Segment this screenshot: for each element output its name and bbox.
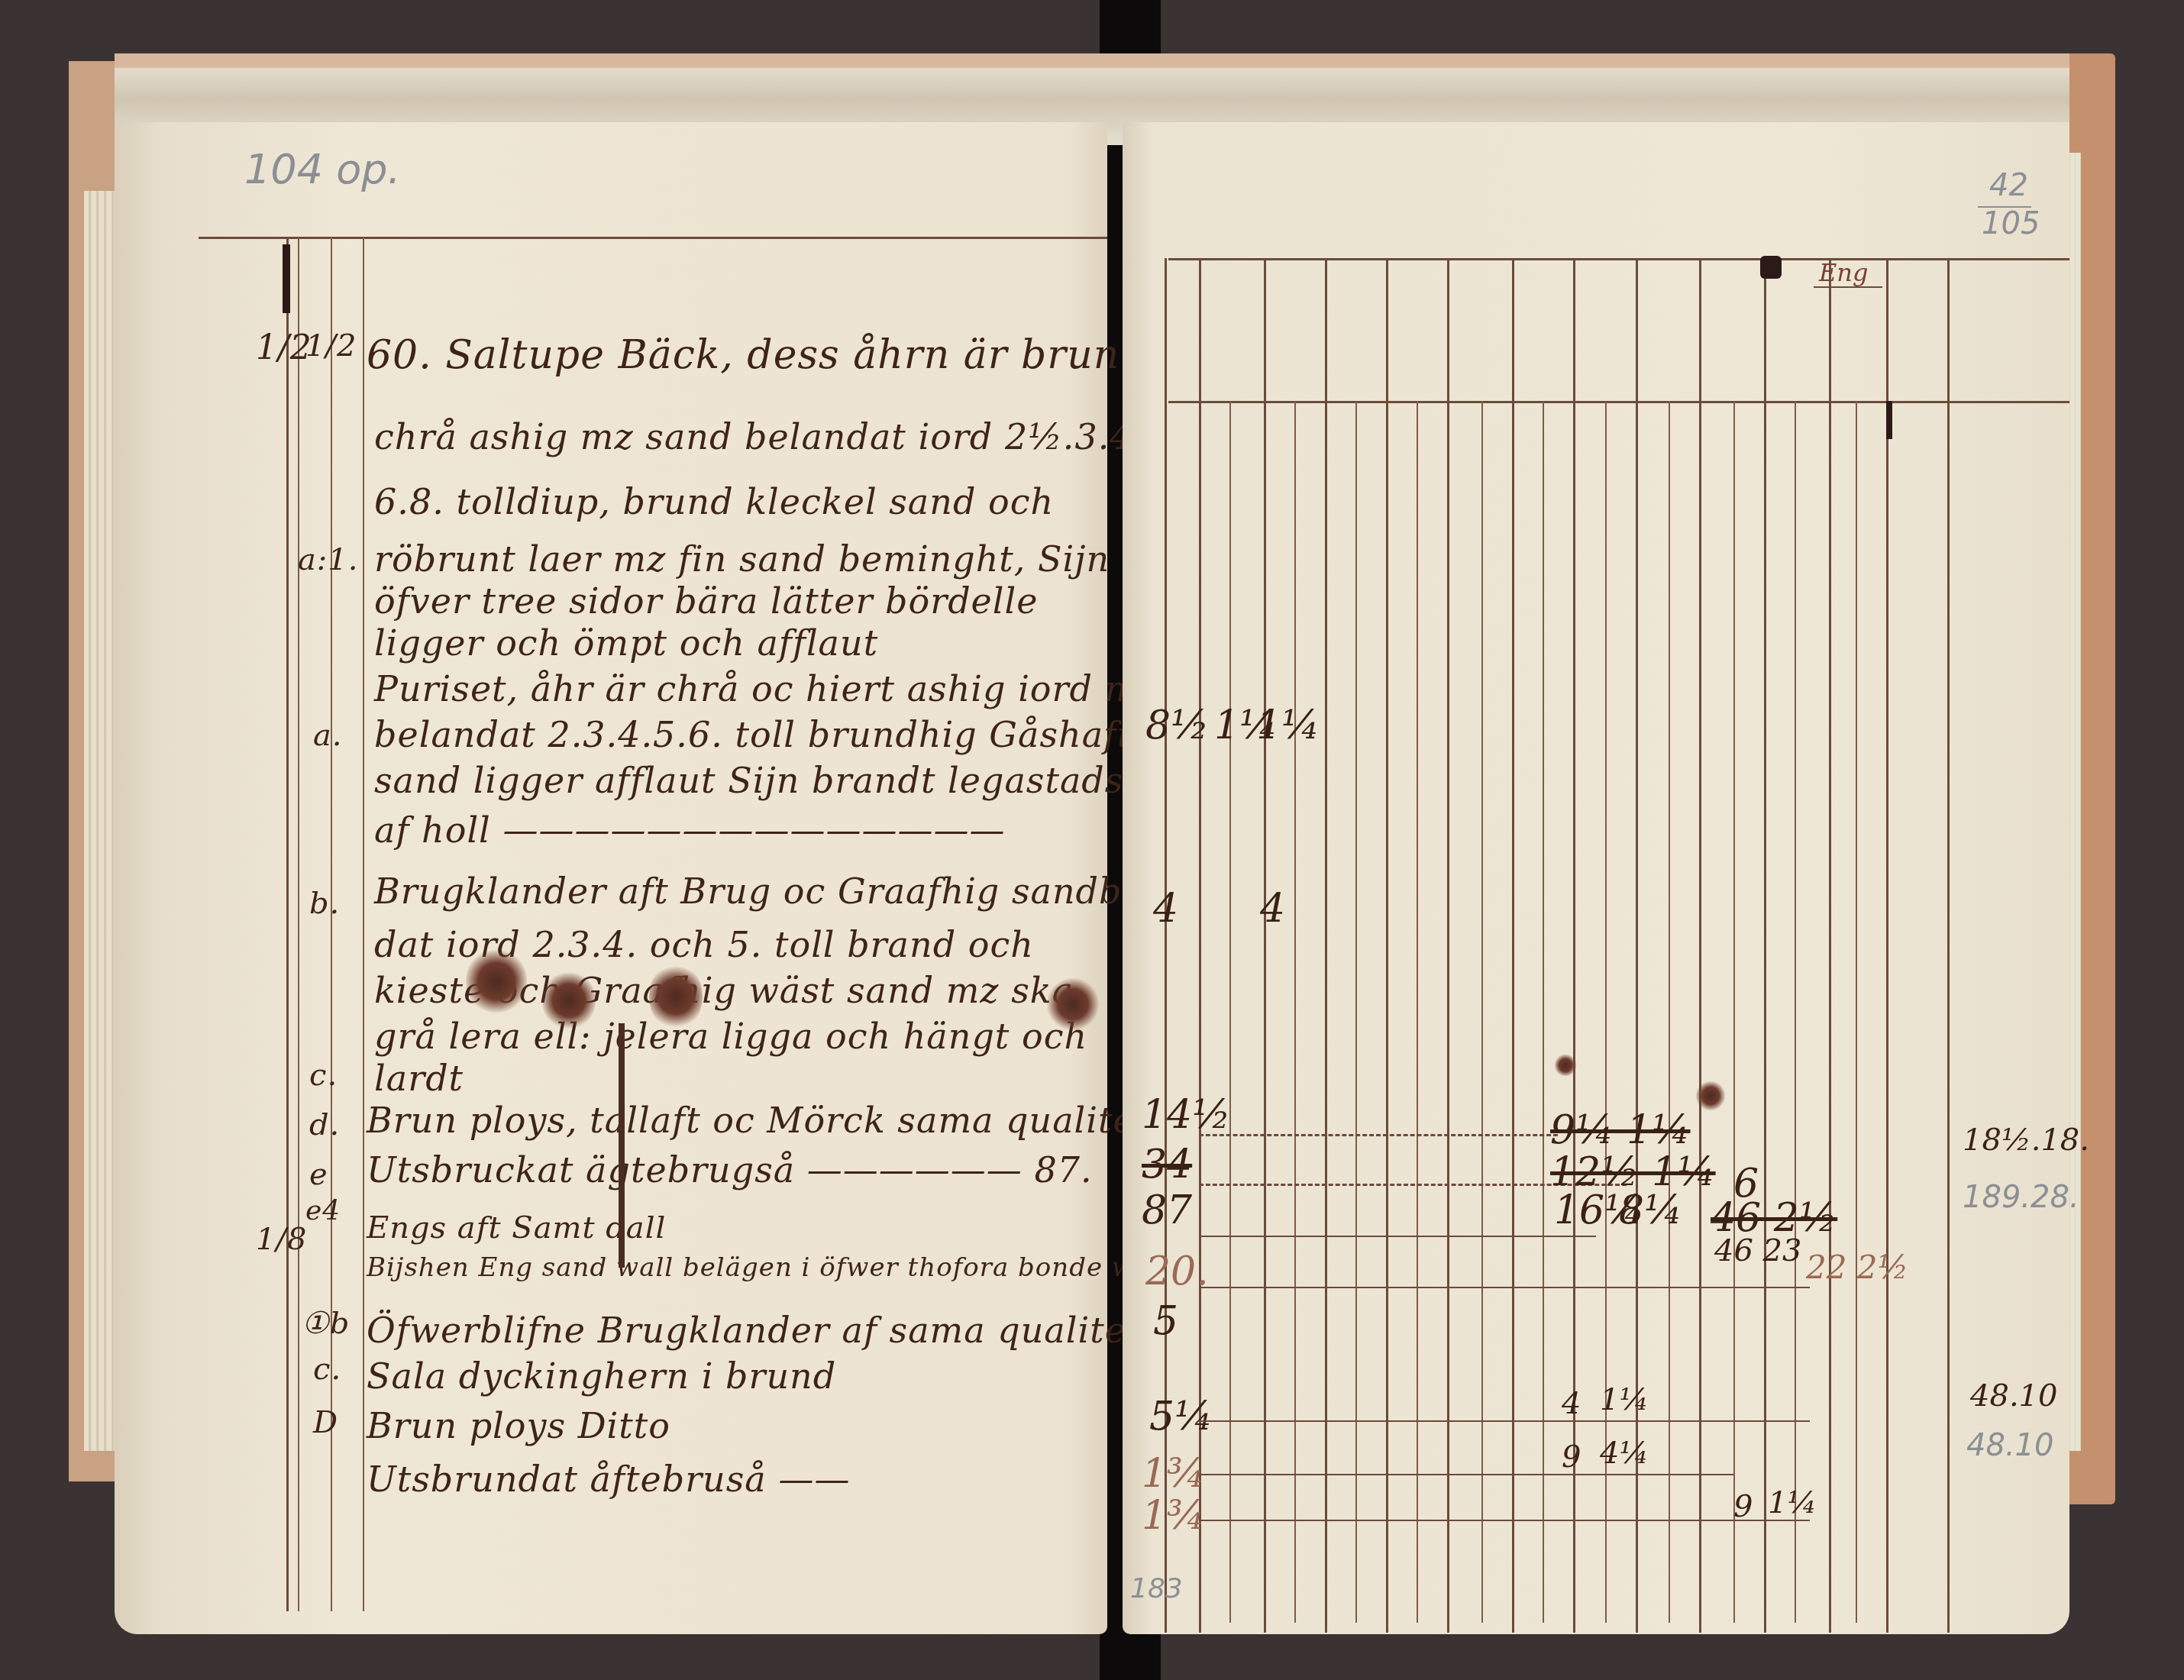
value-cell: 14½ xyxy=(1142,1092,1231,1138)
column-header-eng: Eng xyxy=(1819,258,1868,287)
total-value: 18½.18. xyxy=(1963,1123,2089,1158)
row-rule xyxy=(1199,1236,1596,1237)
ink-blot xyxy=(1046,977,1100,1031)
column-rule xyxy=(1447,258,1449,1633)
header-rule-top xyxy=(1168,258,2069,260)
margin-letter: a. xyxy=(313,718,343,753)
value-cell: 8½ xyxy=(1145,703,1209,748)
entry-line: ligger och ömpt och afflaut xyxy=(374,622,878,664)
value-cell: 46 23 xyxy=(1714,1233,1802,1268)
value-cell: 5 xyxy=(1153,1298,1178,1344)
value-cell: 4 xyxy=(1153,886,1178,932)
value-cell: 8¼ xyxy=(1619,1187,1682,1233)
value-cell: 1¼ xyxy=(1600,1382,1649,1417)
sub-column-rule xyxy=(1669,401,1670,1623)
faded-value: 22 2½ xyxy=(1806,1249,1908,1286)
column-rule xyxy=(1764,258,1766,1633)
margin-rule-1 xyxy=(286,237,289,1611)
ink-mark xyxy=(1886,401,1892,439)
column-rule xyxy=(1512,258,1514,1633)
entry-line: grå lera ell: jelera ligga och hängt och xyxy=(374,1016,1087,1057)
ink-blot xyxy=(1554,1054,1577,1077)
sub-column-rule xyxy=(1543,401,1544,1623)
entry-line: Sala dyckinghern i brund xyxy=(367,1355,836,1397)
ink-blot xyxy=(649,962,703,1031)
ink-blot xyxy=(542,970,596,1031)
column-rule xyxy=(1829,258,1831,1633)
entry-line: chrå ashig mz sand belandat iord 2½.3.4.… xyxy=(374,416,1223,457)
pencil-note: 183 xyxy=(1130,1573,1183,1604)
entry-line: 6.8. tolldiup, brund kleckel sand och xyxy=(374,481,1054,522)
value-cell: 1¾ xyxy=(1142,1493,1205,1539)
margin-rule-4 xyxy=(363,237,364,1611)
pencil-total: 48.10 xyxy=(1966,1428,2054,1463)
value-cell-struck: 34 xyxy=(1142,1142,1192,1187)
sub-column-rule xyxy=(1856,401,1857,1623)
sub-column-rule xyxy=(1294,401,1296,1623)
dashed-carry-line xyxy=(1199,1134,1558,1136)
entry-line: Utsbruckat ägtebrugså —————— 87. xyxy=(367,1149,1093,1191)
margin-fraction: 1/2 xyxy=(256,328,312,367)
column-rule xyxy=(1947,258,1950,1633)
entry-line: af holl —————————————— xyxy=(374,809,1005,851)
row-rule xyxy=(1199,1520,1810,1521)
column-rule xyxy=(1325,258,1327,1633)
margin-letter: b. xyxy=(309,886,340,921)
sub-column-rule xyxy=(1355,401,1357,1623)
margin-letter: c. xyxy=(309,1058,338,1093)
margin-letter: d. xyxy=(309,1107,340,1142)
ink-blot xyxy=(466,947,527,1016)
margin-letter: ①b xyxy=(302,1306,350,1341)
margin-letter: a:1. xyxy=(298,542,359,577)
value-cell: 4 xyxy=(1562,1386,1581,1421)
pencil-folio-bottom: 105 xyxy=(1982,206,2040,241)
ink-stroke xyxy=(619,1023,625,1268)
value-cell: 1¼ xyxy=(1256,703,1320,748)
pencil-folio-top: 42 xyxy=(1989,168,2028,203)
left-page: 104 op. 1/2 1/2 1/8 a:1. a. b. c. d. e e… xyxy=(115,122,1107,1634)
margin-letter: e xyxy=(309,1157,328,1192)
value-cell: 4¼ xyxy=(1600,1436,1649,1471)
margin-rule-2 xyxy=(298,237,299,1611)
entry-line: Brun ploys Ditto xyxy=(367,1405,670,1446)
column-rule xyxy=(1699,258,1701,1633)
sub-column-rule xyxy=(1795,401,1796,1623)
margin-fraction: 1/8 xyxy=(256,1222,307,1257)
pencil-total: 189.28. xyxy=(1963,1180,2079,1215)
entry-line: Utsbrundat åftebruså —— xyxy=(367,1459,850,1500)
margin-letter: D xyxy=(313,1405,338,1440)
sub-column-rule xyxy=(1417,401,1418,1623)
column-rule xyxy=(1573,258,1575,1633)
value-cell: 4 xyxy=(1260,886,1285,932)
value-cell: 9 xyxy=(1562,1439,1581,1475)
header-rule-bottom xyxy=(1168,401,2069,403)
entry-line: Puriset, åhr är chrå oc hiert ashig iord… xyxy=(374,668,1234,709)
row-rule xyxy=(1199,1474,1733,1475)
margin-fraction: 1/2 xyxy=(305,328,357,363)
total-value: 48.10 xyxy=(1970,1378,2058,1413)
column-rule xyxy=(1886,258,1888,1633)
value-cell: 1¼ xyxy=(1768,1485,1817,1520)
entry-line: Öfwerblifne Brugklander af sama qualitet xyxy=(367,1310,1141,1351)
sub-column-rule xyxy=(1229,401,1231,1623)
right-page: 42 105 Eng 8½ 1¼ 1¼ 4 4 14½ 34 87 20. 5 … xyxy=(1123,122,2069,1634)
entry-line: öfver tree sidor bära lätter bördelle xyxy=(374,580,1038,622)
row-rule xyxy=(1199,1287,1810,1288)
column-rule xyxy=(1636,258,1638,1633)
entry-line: Brugklander aft Brug oc Graafhig sandbla… xyxy=(374,871,1179,912)
row-rule xyxy=(1199,1420,1810,1422)
column-rule xyxy=(1264,258,1266,1633)
column-rule xyxy=(1386,258,1388,1633)
header-rule xyxy=(199,237,1107,239)
entry-line: Brun ploys, tallaft oc Mörck sama qualit… xyxy=(367,1100,1149,1141)
value-cell: 9 xyxy=(1733,1489,1753,1524)
entry-line: lardt xyxy=(374,1058,464,1099)
value-cell: 87 xyxy=(1142,1187,1192,1233)
sub-column-rule xyxy=(1481,401,1483,1623)
margin-letter: c. xyxy=(313,1352,341,1387)
margin-letter: e4 xyxy=(305,1195,341,1226)
value-cell: 5¼ xyxy=(1149,1394,1213,1439)
value-cell: 1¾ xyxy=(1142,1451,1205,1497)
struck-value: 9¼ 1¼ xyxy=(1550,1107,1691,1153)
entry-line: röbrunt laer mz fin sand beminght, Sijn … xyxy=(374,538,1175,580)
entry-line: sand ligger afflaut Sijn brandt legastad… xyxy=(374,760,1145,801)
sub-column-rule xyxy=(1733,401,1735,1623)
ink-blot xyxy=(1695,1081,1726,1111)
ink-mark xyxy=(1760,256,1782,279)
entry-line: belandat 2.3.4.5.6. toll brundhig Gåshaf… xyxy=(374,714,1168,755)
pencil-folio-number: 104 op. xyxy=(244,145,401,193)
ink-mark xyxy=(283,244,290,313)
